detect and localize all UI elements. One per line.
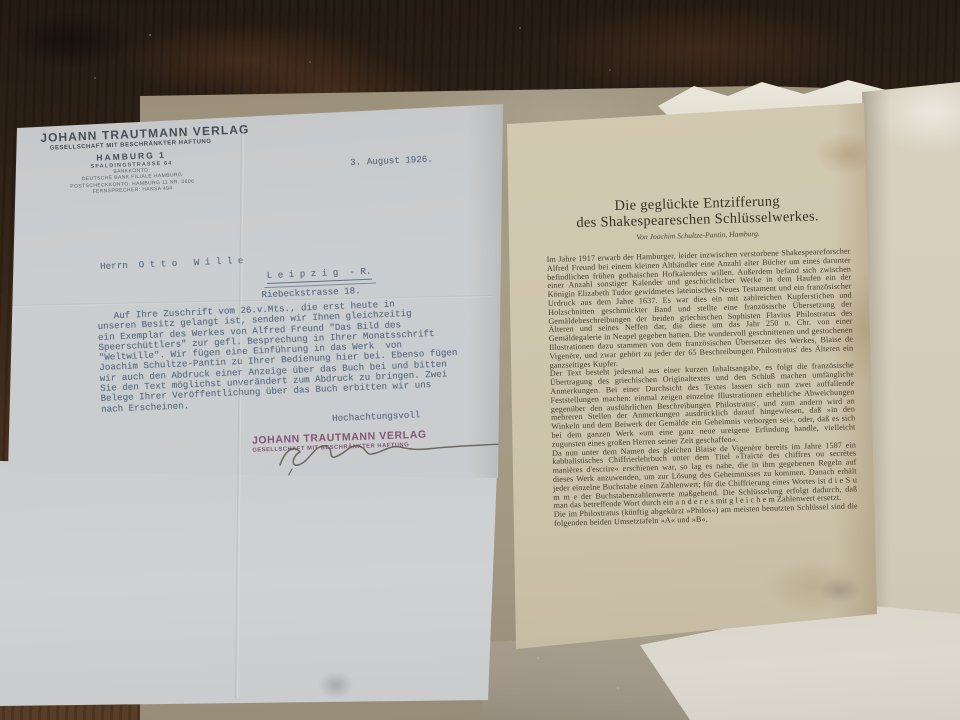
- letter-lower-sheet: [0, 455, 500, 710]
- letter-body: Auf Ihre Zuschrift vom 26.v.Mts., die er…: [97, 297, 459, 415]
- pamphlet-paragraph: Der Text besteht jedesmal aus einer kurz…: [550, 362, 856, 450]
- letter-date: 3. August 1926.: [350, 155, 433, 169]
- letter-closing: Hochachtungsvoll: [332, 410, 421, 424]
- pamphlet-body: Im Jahre 1917 erwarb der Hamburger, leid…: [547, 247, 858, 528]
- letter-sheet: JOHANN TRAUTMANN VERLAG GESELLSCHAFT MIT…: [0, 95, 510, 485]
- pamphlet-paragraph: Im Jahre 1917 erwarb der Hamburger, leid…: [547, 247, 854, 370]
- recipient-city: L e i p z i g - R.: [267, 267, 376, 284]
- pamphlet-sheet: Die geglückte Entzifferung des Shakespea…: [503, 98, 879, 654]
- pamphlet-content: Die geglückte Entzifferung des Shakespea…: [545, 192, 858, 529]
- photo-of-documents: Die geglückte Entzifferung des Shakespea…: [0, 0, 960, 720]
- letterhead: JOHANN TRAUTMANN VERLAG GESELLSCHAFT MIT…: [40, 123, 223, 197]
- signature-mark: [258, 425, 526, 483]
- pamphlet-paragraph: Da nun unter dem Namen des gleichen Blai…: [552, 441, 858, 511]
